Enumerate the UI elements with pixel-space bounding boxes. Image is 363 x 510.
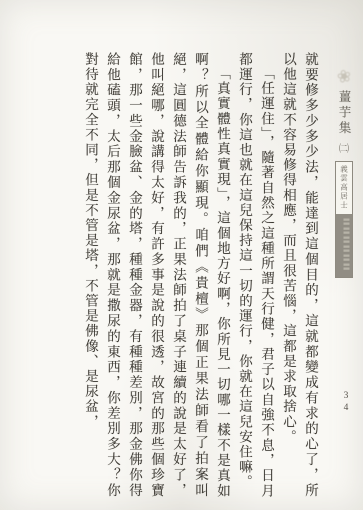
- paragraph-1: 就要修多少多少法，能達到這個目的，這就都變成有求的心了，所以他這就不容易修得相應…: [277, 52, 321, 498]
- chapter-tab: 〓〓〓〓〓〓: [336, 214, 352, 277]
- book-title: 薑芋集: [335, 90, 353, 137]
- paragraph-3: 「真實體性真實現」，這個地方好啊，你所見一切哪一樣不是真如啊？所以全體給你顯現。…: [79, 52, 233, 498]
- author-label: 義雲高居士: [339, 162, 350, 214]
- main-text-block: 就要修多少多少法，能達到這個目的，這就都變成有求的心了，所以他這就不容易修得相應…: [18, 52, 321, 498]
- margin-title-strip: ❀ 薑芋集 ㈡ 義雲高居士 〓〓〓〓〓〓: [330, 68, 358, 278]
- book-page: 就要修多少多少法，能達到這個目的，這就都變成有求的心了，所以他這就不容易修得相應…: [0, 0, 363, 510]
- flower-seal-icon: ❀: [335, 67, 352, 87]
- volume-label: ㈡: [339, 140, 349, 155]
- margin-tab-box: 義雲高居士 〓〓〓〓〓〓: [335, 161, 353, 278]
- page-number: 34: [341, 391, 351, 415]
- paragraph-2: 「任運住」，隨著自然之這種所謂天行健，君子以自強不息，日月都運行，你這也就在這兒…: [233, 52, 277, 498]
